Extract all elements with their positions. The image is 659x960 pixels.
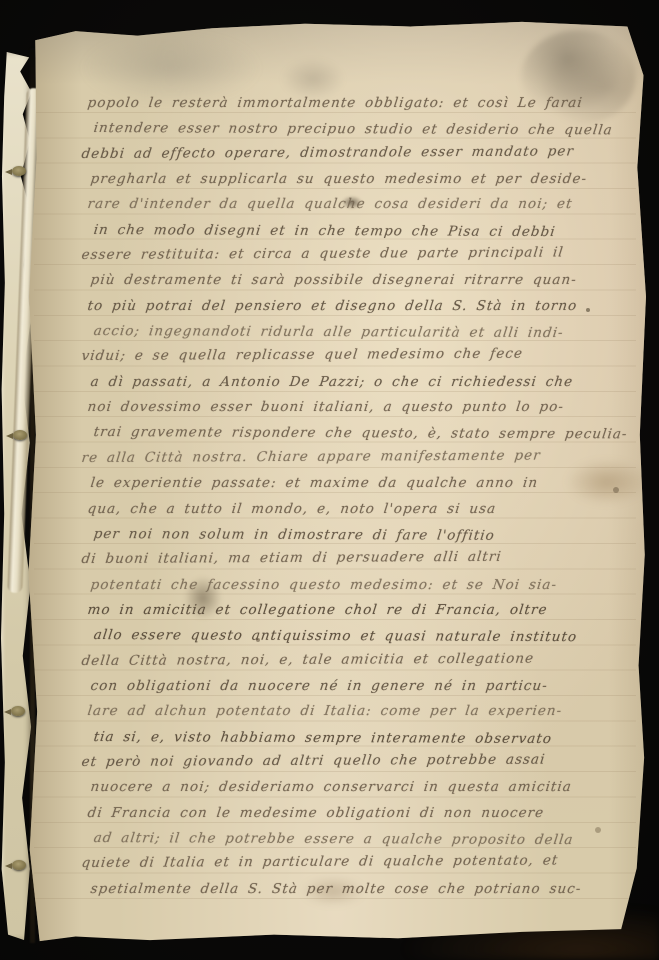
- manuscript-line: rare d'intender da quella qualche cosa d…: [86, 192, 635, 217]
- manuscript-line: della Città nostra, noi, e, tale amiciti…: [80, 646, 635, 674]
- sewing-knot: [11, 706, 25, 716]
- manuscript-line: lare ad alchun potentato di Italia: come…: [86, 699, 635, 724]
- manuscript-line: mo in amicitia et collegatione chol re d…: [86, 598, 635, 623]
- manuscript-line: con obligationi da nuocere né in genere …: [89, 674, 635, 699]
- photo-background: popolo le resterà immortalmente obbligat…: [0, 0, 659, 960]
- manuscript-line: più destramente ti sarà possibile disegn…: [89, 268, 635, 293]
- manuscript-line: debbi ad effecto operare, dimostrandole …: [80, 139, 635, 167]
- manuscript-line: le experientie passate: et maxime da qua…: [89, 471, 635, 496]
- manuscript-line: a dì passati, a Antonio De Pazzi; o che …: [89, 370, 635, 395]
- manuscript-line: noi dovessimo esser buoni italiani, a qu…: [86, 395, 635, 420]
- manuscript-page: popolo le resterà immortalmente obbligat…: [26, 20, 646, 942]
- manuscript-line: essere restituita: et circa a queste due…: [80, 240, 635, 268]
- manuscript-line: nuocere a noi; desideriamo conservarci i…: [89, 775, 635, 800]
- sewing-knot: [13, 430, 27, 440]
- manuscript-line: qua, che a tutto il mondo, e, noto l'ope…: [86, 497, 635, 522]
- manuscript-line: di Francia con le medesime obligationi d…: [86, 801, 635, 826]
- sewing-knot: [12, 166, 26, 176]
- manuscript-line: potentati che facessino questo medesimo:…: [89, 573, 635, 598]
- manuscript-line: vidui; e se quella replicasse quel medes…: [80, 342, 635, 370]
- manuscript-line: et però noi giovando ad altri quello che…: [80, 747, 635, 775]
- manuscript-line: to più potrai del pensiero et disegno de…: [86, 294, 635, 319]
- manuscript-line: re alla Città nostra. Chiare appare mani…: [80, 443, 635, 471]
- manuscript-line: spetialmente della S. Stà per molte cose…: [89, 877, 635, 902]
- manuscript-text: popolo le resterà immortalmente obbligat…: [76, 91, 632, 902]
- manuscript-line: quiete di Italia et in particulare di qu…: [80, 848, 635, 876]
- manuscript-line: pregharla et supplicarla su questo medes…: [89, 167, 635, 192]
- manuscript-line: popolo le resterà immortalmente obbligat…: [86, 91, 635, 116]
- manuscript-line: di buoni italiani, ma etiam di persuader…: [80, 544, 635, 572]
- sewing-knot: [12, 860, 26, 870]
